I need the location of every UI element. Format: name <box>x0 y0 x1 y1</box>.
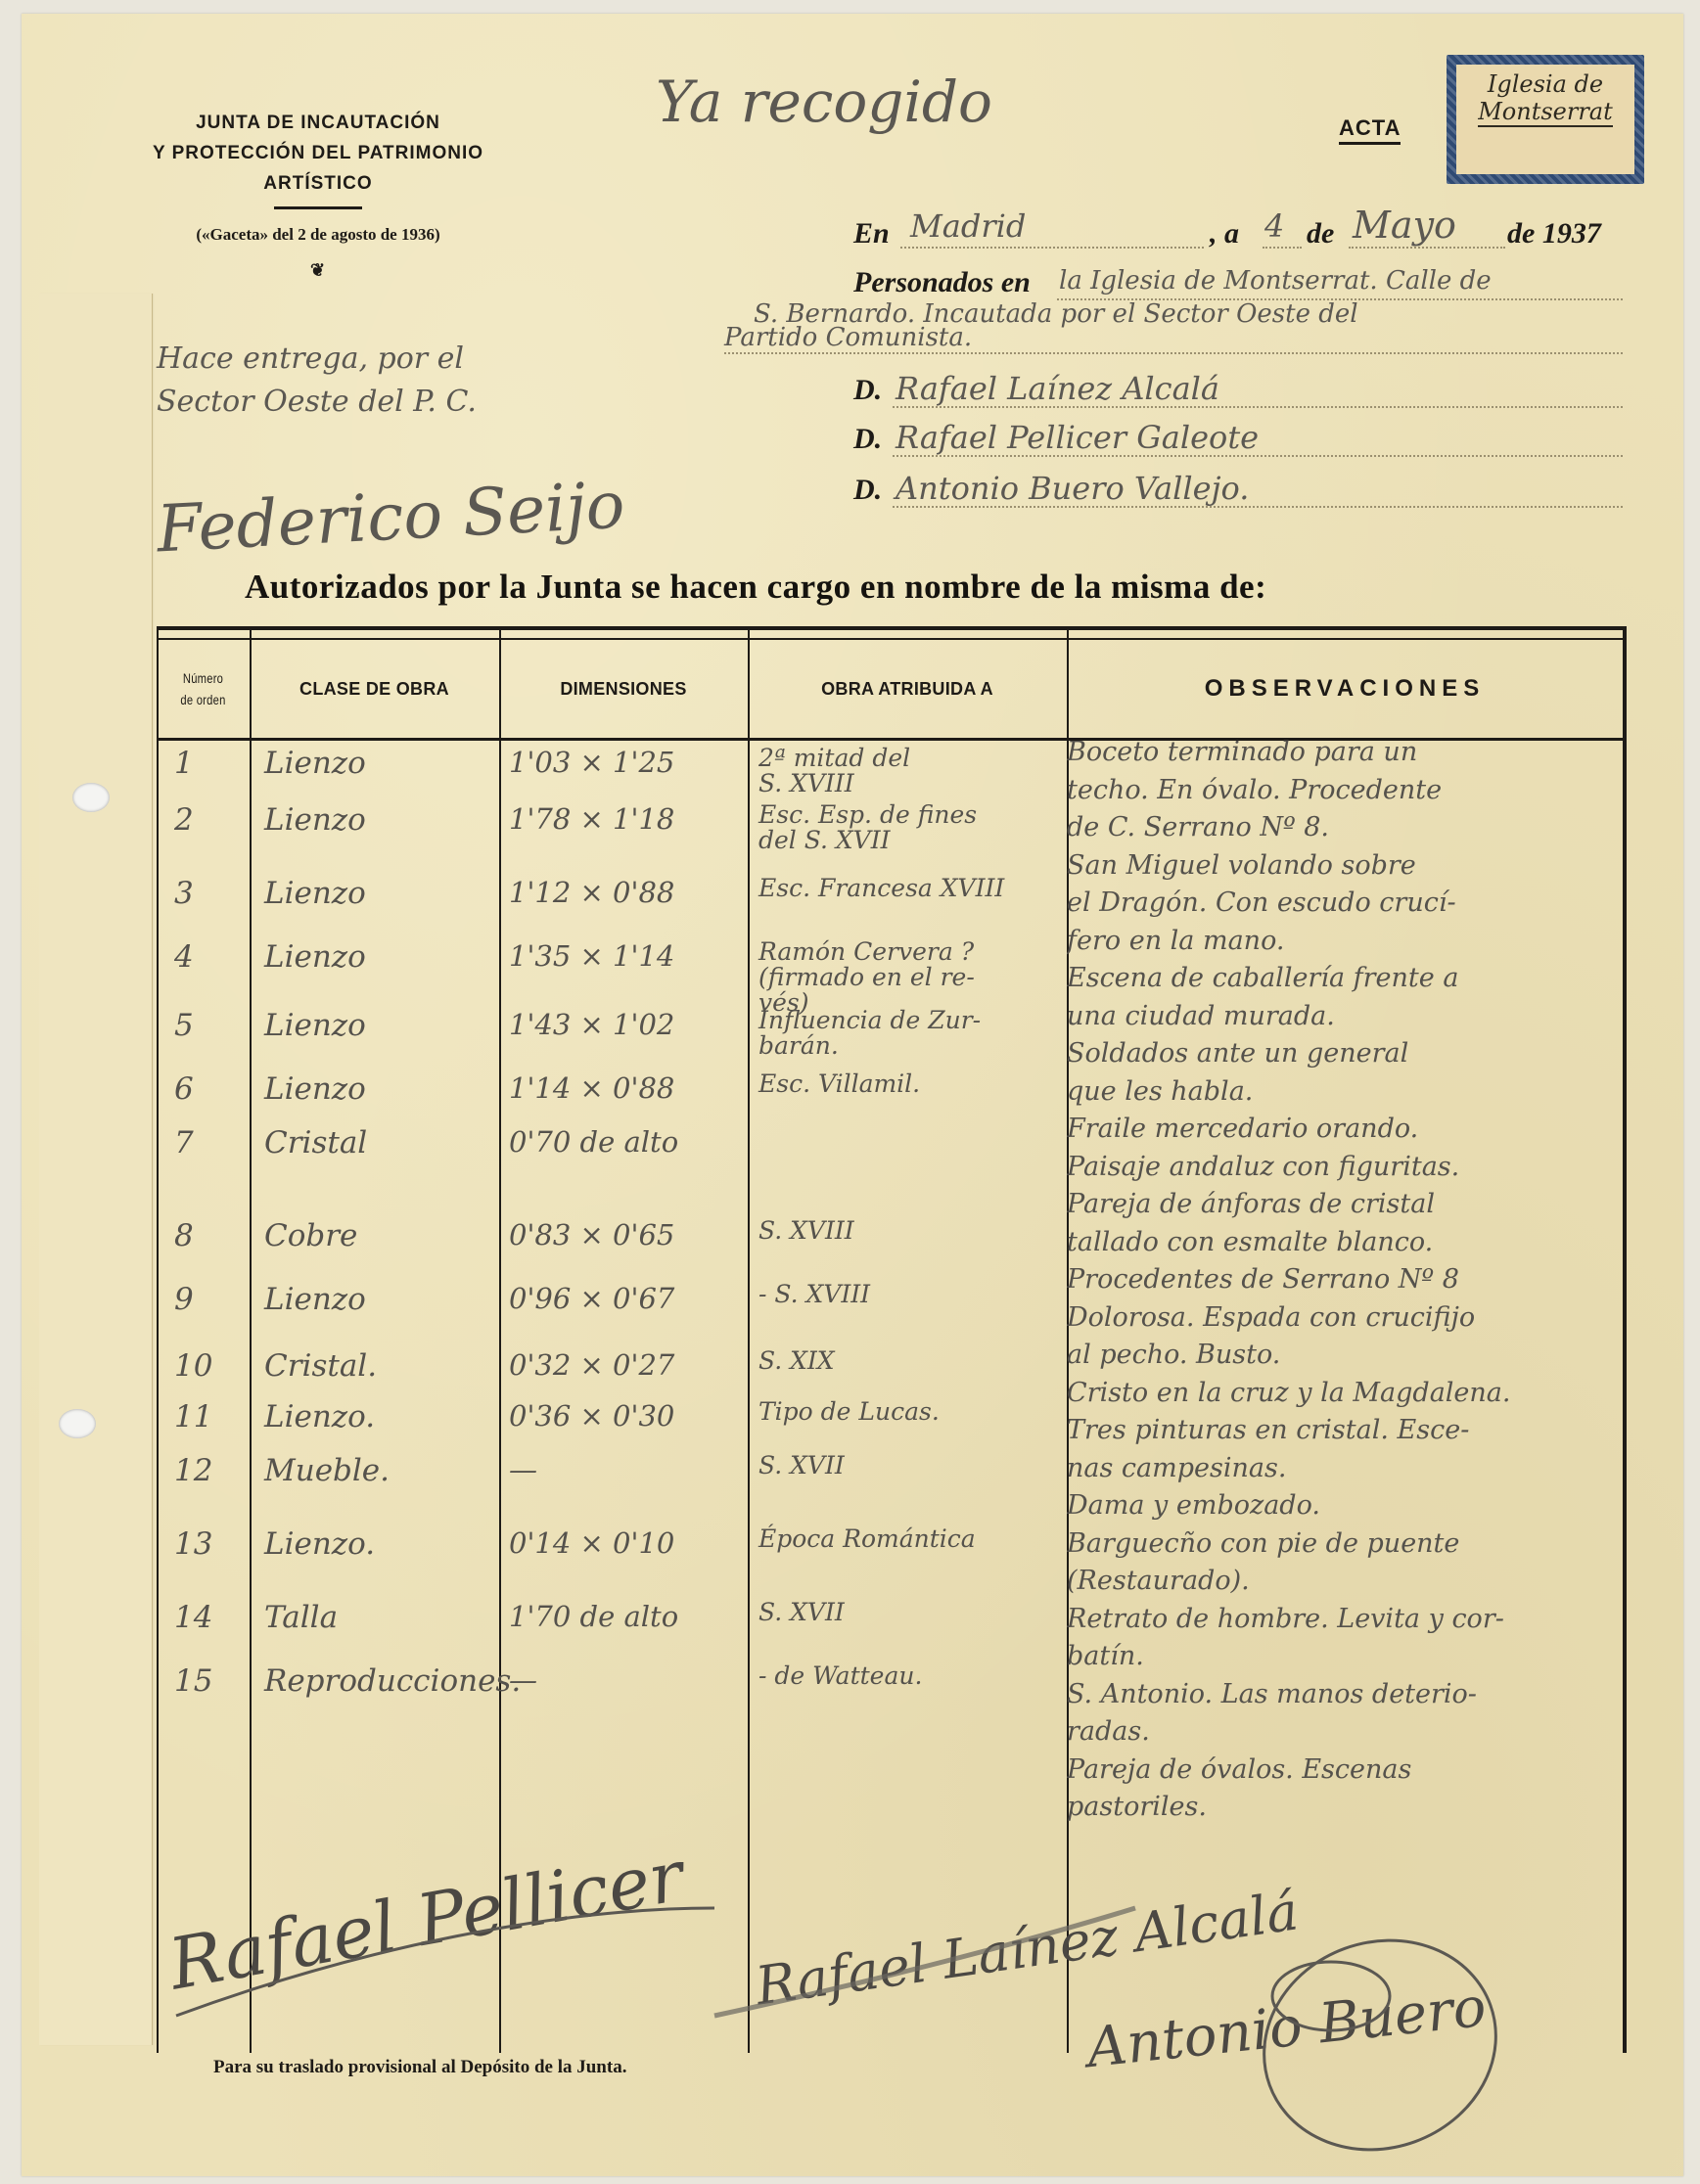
location-stamp: Iglesia de Montserrat <box>1447 55 1644 184</box>
row-number: 9 <box>174 1282 194 1317</box>
observacion-line: pastoriles. <box>1067 1789 1615 1827</box>
row-number: 4 <box>174 939 194 975</box>
row-dimensiones: 1'12 × 0'88 <box>509 876 674 909</box>
atribuida-line: S. XVIII <box>758 771 910 796</box>
observacion-line: batín. <box>1067 1638 1615 1676</box>
row-number: 2 <box>174 802 194 838</box>
row-atribuida: Época Romántica <box>758 1526 976 1552</box>
atribuida-line: Época Romántica <box>758 1526 976 1552</box>
row-dimensiones: 0'70 de alto <box>509 1125 678 1159</box>
row-atribuida: Tipo de Lucas. <box>758 1399 940 1425</box>
observacion-line: Procedentes de Serrano Nº 8 <box>1067 1261 1615 1299</box>
row-dimensiones: 1'70 de alto <box>509 1600 678 1633</box>
observacion-line: fero en la mano. <box>1067 923 1615 961</box>
row-atribuida: Ramón Cervera ?(firmado en el re-vés) <box>758 939 975 1016</box>
stamp-line: Iglesia de <box>1464 70 1627 98</box>
person-name: Rafael Laínez Alcalá <box>896 370 1219 407</box>
row-clase: Lienzo. <box>264 1526 375 1562</box>
row-clase: Mueble. <box>264 1453 390 1488</box>
margin-note-line: Hace entrega, por el <box>157 338 477 381</box>
personados-line: la Iglesia de Montserrat. Calle de <box>1059 266 1492 296</box>
row-number: 14 <box>174 1600 212 1635</box>
org-line: JUNTA DE INCAUTACIÓN <box>108 108 528 138</box>
observacion-line: Paisaje andaluz con figuritas. <box>1067 1149 1615 1187</box>
row-number: 10 <box>174 1348 212 1384</box>
row-atribuida: Esc. Francesa XVIII <box>758 876 1004 901</box>
row-atribuida: 2ª mitad delS. XVIII <box>758 746 910 796</box>
observacion-line: Dama y embozado. <box>1067 1487 1615 1525</box>
month-field: Mayo <box>1353 204 1456 247</box>
row-dimensiones: 1'14 × 0'88 <box>509 1071 674 1105</box>
header-dimensiones: DIMENSIONES <box>499 640 748 738</box>
annotation-ya-recogido: Ya recogido <box>656 68 992 135</box>
stamp-line: Montserrat <box>1478 98 1613 127</box>
observacion-line: Cristo en la cruz y la Magdalena. <box>1067 1375 1615 1413</box>
atribuida-line: S. XVII <box>758 1453 845 1479</box>
observacion-line: tallado con esmalte blanco. <box>1067 1224 1615 1262</box>
gaceta-reference: («Gaceta» del 2 de agosto de 1936) <box>108 219 528 250</box>
atribuida-line: (firmado en el re- <box>758 965 975 990</box>
punch-hole <box>59 1409 96 1438</box>
row-atribuida: S. XVIII <box>758 1218 854 1244</box>
column-rule <box>250 630 252 2053</box>
row-number: 13 <box>174 1526 212 1562</box>
atribuida-line: S. XVIII <box>758 1218 854 1244</box>
atribuida-line: S. XVII <box>758 1600 845 1625</box>
observacion-line: S. Antonio. Las manos deterio- <box>1067 1676 1615 1714</box>
row-atribuida: S. XIX <box>758 1348 835 1374</box>
row-clase: Lienzo <box>264 746 366 781</box>
row-number: 12 <box>174 1453 212 1488</box>
personados-line: Partido Comunista. <box>724 323 972 352</box>
row-atribuida: S. XVII <box>758 1600 845 1625</box>
row-clase: Cristal. <box>264 1348 377 1384</box>
person-prefix: D. <box>853 374 882 407</box>
signature-flourish-icon <box>1214 1918 1546 2182</box>
footer-note: Para su traslado provisional al Depósito… <box>213 2057 626 2078</box>
atribuida-line: Esc. Esp. de fines <box>758 802 977 828</box>
signature-underline-icon <box>166 1869 1145 2065</box>
row-number: 15 <box>174 1663 212 1699</box>
observacion-line: Pareja de ánforas de cristal <box>1067 1186 1615 1224</box>
row-atribuida: - de Watteau. <box>758 1663 922 1689</box>
org-line: Y PROTECCIÓN DEL PATRIMONIO <box>108 138 528 168</box>
city-field: Madrid <box>910 207 1026 245</box>
field-underline <box>724 352 1623 354</box>
row-dimensiones: 0'36 × 0'30 <box>509 1399 674 1433</box>
atribuida-line: S. XIX <box>758 1348 835 1374</box>
row-clase: Talla <box>264 1600 338 1635</box>
a-label: , a <box>1210 217 1239 250</box>
row-number: 7 <box>174 1125 194 1160</box>
row-clase: Cobre <box>264 1218 357 1253</box>
row-number: 8 <box>174 1218 194 1253</box>
observacion-line: Dolorosa. Espada con crucifijo <box>1067 1299 1615 1338</box>
letterhead-rule <box>274 206 362 209</box>
row-clase: Reproducciones. <box>264 1663 521 1699</box>
row-atribuida: Esc. Villamil. <box>758 1071 920 1097</box>
row-clase: Cristal <box>264 1125 367 1160</box>
row-clase: Lienzo <box>264 802 366 838</box>
header-atribuida: OBRA ATRIBUIDA A <box>748 640 1067 738</box>
margin-note: Hace entrega, por el Sector Oeste del P.… <box>157 338 477 424</box>
org-line: ARTÍSTICO <box>108 168 528 199</box>
row-dimensiones: — <box>509 1663 537 1697</box>
en-label: En <box>853 217 890 250</box>
observacion-line: Soldados ante un general <box>1067 1035 1615 1073</box>
header-numero-line: Número <box>183 667 223 689</box>
field-underline <box>900 247 1204 249</box>
atribuida-line: Esc. Francesa XVIII <box>758 876 1004 901</box>
acta-label: ACTA <box>1339 115 1401 145</box>
header-numero: Númerode orden <box>166 640 241 738</box>
row-dimensiones: 1'78 × 1'18 <box>509 802 674 836</box>
person-name: Antonio Buero Vallejo. <box>896 470 1249 507</box>
row-dimensiones: 0'83 × 0'65 <box>509 1218 674 1251</box>
column-rule <box>157 630 159 2053</box>
observacion-line: Tres pinturas en cristal. Esce- <box>1067 1412 1615 1450</box>
atribuida-line: del S. XVII <box>758 828 977 853</box>
atribuida-line: - S. XVIII <box>758 1282 870 1307</box>
observacion-line: (Restaurado). <box>1067 1563 1615 1601</box>
observacion-line: Boceto terminado para un <box>1067 734 1615 772</box>
atribuida-line: Influencia de Zur- <box>758 1008 981 1033</box>
row-dimensiones: — <box>509 1453 537 1486</box>
row-number: 6 <box>174 1071 194 1107</box>
person-name: Rafael Pellicer Galeote <box>896 419 1259 456</box>
row-clase: Lienzo <box>264 1008 366 1043</box>
person-prefix: D. <box>853 423 882 456</box>
observacion-line: el Dragón. Con escudo crucí- <box>1067 885 1615 923</box>
observacion-line: una ciudad murada. <box>1067 998 1615 1036</box>
row-clase: Lienzo. <box>264 1399 375 1434</box>
pasted-margin-strip <box>39 294 153 2045</box>
personados-label: Personados en <box>853 266 1031 299</box>
row-clase: Lienzo <box>264 876 366 911</box>
observacion-line: Pareja de óvalos. Escenas <box>1067 1752 1615 1790</box>
observacion-line: Fraile mercedario orando. <box>1067 1111 1615 1149</box>
column-rule <box>499 630 501 2053</box>
year-label: de 1937 <box>1507 217 1601 250</box>
row-number: 11 <box>174 1399 212 1434</box>
row-number: 3 <box>174 876 194 911</box>
margin-note-line: Sector Oeste del P. C. <box>157 381 477 424</box>
row-dimensiones: 1'35 × 1'14 <box>509 939 674 973</box>
observacion-line: San Miguel volando sobre <box>1067 847 1615 886</box>
row-atribuida: - S. XVIII <box>758 1282 870 1307</box>
header-clase: CLASE DE OBRA <box>250 640 499 738</box>
atribuida-line: barán. <box>758 1033 981 1059</box>
authorization-heading: Autorizados por la Junta se hacen cargo … <box>245 568 1266 607</box>
observacion-line: al pecho. Busto. <box>1067 1337 1615 1375</box>
row-dimensiones: 1'43 × 1'02 <box>509 1008 674 1041</box>
row-atribuida: Esc. Esp. de finesdel S. XVII <box>758 802 977 853</box>
atribuida-line: 2ª mitad del <box>758 746 910 771</box>
ornament-icon: ❦ <box>108 255 528 286</box>
header-numero-line: de orden <box>180 689 225 710</box>
row-clase: Lienzo <box>264 1071 366 1107</box>
atribuida-line: - de Watteau. <box>758 1663 922 1689</box>
observacion-line: nas campesinas. <box>1067 1450 1615 1488</box>
observacion-line: de C. Serrano Nº 8. <box>1067 809 1615 847</box>
row-atribuida: S. XVII <box>758 1453 845 1479</box>
field-underline <box>1263 247 1302 249</box>
observaciones-column: Boceto terminado para untecho. En óvalo.… <box>1067 734 1615 1827</box>
letterhead: JUNTA DE INCAUTACIÓN Y PROTECCIÓN DEL PA… <box>108 108 528 286</box>
atribuida-line: Ramón Cervera ? <box>758 939 975 965</box>
column-rule <box>748 630 750 2053</box>
table-header: Númerode orden CLASE DE OBRA DIMENSIONES… <box>157 638 1623 741</box>
row-dimensiones: 0'96 × 0'67 <box>509 1282 674 1315</box>
atribuida-line: Esc. Villamil. <box>758 1071 920 1097</box>
row-dimensiones: 0'32 × 0'27 <box>509 1348 674 1382</box>
observacion-line: que les habla. <box>1067 1073 1615 1112</box>
day-field: 4 <box>1264 207 1284 245</box>
field-underline <box>1349 247 1505 249</box>
observacion-line: Retrato de hombre. Levita y cor- <box>1067 1601 1615 1639</box>
row-clase: Lienzo <box>264 939 366 975</box>
observacion-line: Escena de caballería frente a <box>1067 960 1615 998</box>
punch-hole <box>72 783 110 812</box>
header-observaciones: OBSERVACIONES <box>1067 640 1623 738</box>
de-label: de <box>1307 217 1334 250</box>
observacion-line: radas. <box>1067 1713 1615 1752</box>
person-prefix: D. <box>853 474 882 507</box>
row-dimensiones: 0'14 × 0'10 <box>509 1526 674 1560</box>
row-dimensiones: 1'03 × 1'25 <box>509 746 674 779</box>
observacion-line: Barguecño con pie de puente <box>1067 1525 1615 1564</box>
observacion-line: techo. En óvalo. Procedente <box>1067 772 1615 810</box>
row-number: 5 <box>174 1008 194 1043</box>
row-clase: Lienzo <box>264 1282 366 1317</box>
atribuida-line: Tipo de Lucas. <box>758 1399 940 1425</box>
row-atribuida: Influencia de Zur-barán. <box>758 1008 981 1059</box>
row-number: 1 <box>174 746 194 781</box>
